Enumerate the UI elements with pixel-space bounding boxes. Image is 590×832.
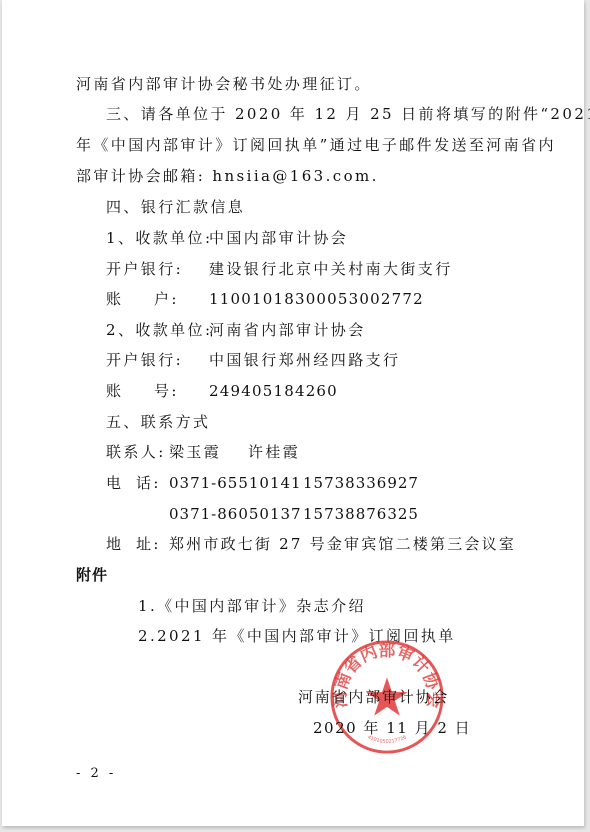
- payee2-bank-label: 开户银行:: [106, 351, 183, 369]
- phone-landline-1: 0371-65510141: [169, 474, 302, 492]
- payee1-label: 1、收款单位:: [106, 229, 212, 247]
- payee2-label: 2、收款单位:: [106, 321, 212, 339]
- attachment-item-2: 2.2021 年《中国内部审计》订阅回执单: [138, 627, 456, 645]
- phone-landline-2: 0371-86050137: [169, 505, 302, 523]
- payee2-value: 河南省内部审计协会: [209, 321, 366, 339]
- payee1-account-value: 11001018300053002772: [209, 290, 424, 308]
- phone-mobile-2: 15738876325: [303, 505, 419, 523]
- paragraph-line: 部审计协会邮箱: hnsiia@163.com.: [76, 167, 379, 185]
- attachment-item-1: 1.《中国内部审计》杂志介绍: [138, 597, 366, 615]
- payee1-account-label-b: 户:: [154, 290, 179, 308]
- payee1-account-label-a: 账: [106, 290, 123, 308]
- payee1-bank-value: 建设银行北京中关村南大街支行: [209, 260, 453, 278]
- payee1-bank-label: 开户银行:: [106, 260, 183, 278]
- phone-label-a: 电: [106, 474, 123, 492]
- paragraph-line: 三、请各单位于 2020 年 12 月 25 日前将填写的附件“2021: [106, 105, 590, 123]
- payee1-value: 中国内部审计协会: [209, 229, 348, 247]
- page-number: - 2 -: [76, 766, 116, 781]
- payee2-bank-value: 中国银行郑州经四路支行: [209, 351, 400, 369]
- paragraph-line: 年《中国内部审计》订阅回执单”通过电子邮件发送至河南省内: [76, 136, 556, 154]
- contact-name-1: 梁玉霞: [169, 443, 221, 461]
- phone-mobile-1: 15738336927: [303, 474, 419, 492]
- contact-name-2: 许桂霞: [248, 443, 300, 461]
- document-page: 河南省内部审计协会秘书处办理征订。 三、请各单位于 2020 年 12 月 25…: [2, 0, 584, 826]
- section-heading-bank-info: 四、银行汇款信息: [106, 198, 245, 216]
- phone-label-b: 话:: [136, 474, 161, 492]
- signature-date: 2020 年 11 月 2 日: [313, 719, 471, 737]
- address-value: 郑州市政七街 27 号金审宾馆二楼第三会议室: [169, 535, 516, 553]
- contacts-label: 联系人:: [106, 443, 166, 461]
- section-heading-contact: 五、联系方式: [106, 413, 210, 431]
- signature-org: 河南省内部审计协会: [298, 688, 449, 706]
- address-label-a: 地: [106, 535, 123, 553]
- paragraph-line: 河南省内部审计协会秘书处办理征订。: [76, 75, 372, 93]
- payee2-account-value: 249405184260: [209, 382, 338, 400]
- payee2-account-label-b: 号:: [154, 382, 179, 400]
- address-label-b: 址:: [136, 535, 161, 553]
- payee2-account-label-a: 账: [106, 382, 123, 400]
- attachments-heading: 附件: [76, 566, 108, 584]
